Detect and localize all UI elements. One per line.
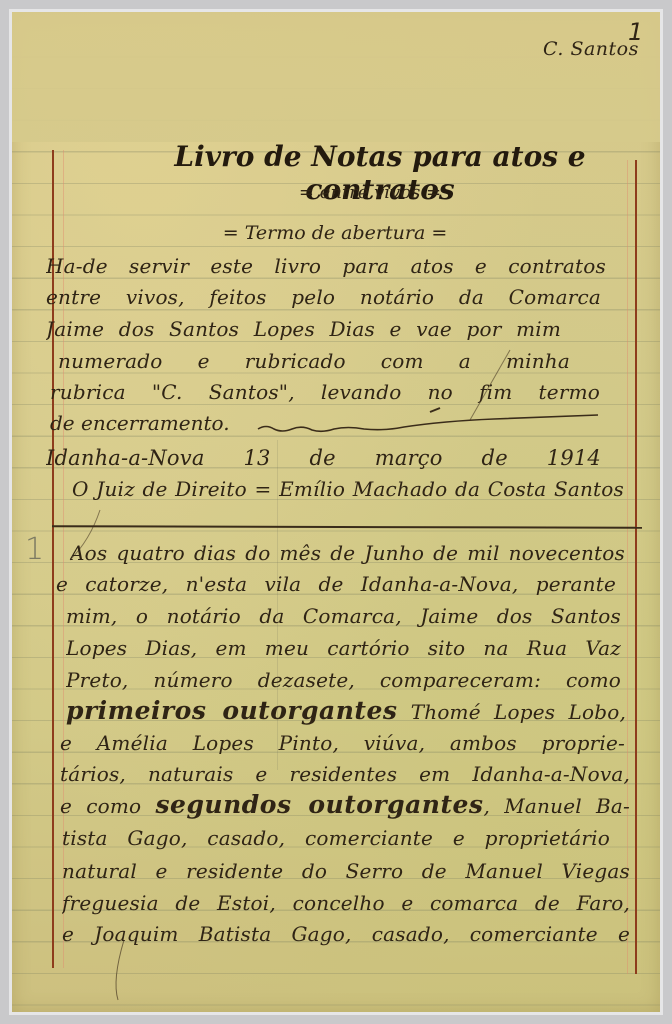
deed-line: e Joaquim Batista Gago, casado, comercia… — [62, 922, 630, 948]
deed-margin-number: 1 — [25, 532, 44, 567]
deed-line: freguesia de Estoi, concelho e comarca d… — [62, 891, 630, 917]
second-grantors-label: segundos outorgantes — [155, 791, 483, 819]
deed-line: tista Gago, casado, comerciante e propri… — [62, 826, 610, 852]
deed-line: mim, o notário da Comarca, Jaime dos San… — [66, 604, 621, 630]
deed-line: Preto, número dezasete, compareceram: co… — [66, 668, 621, 694]
deed-line: Lopes Dias, em meu cartório sito na Rua … — [66, 636, 621, 662]
deed-line: primeiros outorgantes Thomé Lopes Lobo, … — [66, 697, 626, 727]
deed-line: tários, naturais e residentes em Idanha-… — [60, 762, 630, 788]
deed-line: e catorze, n'esta vila de Idanha-a-Nova,… — [56, 572, 616, 598]
deed-line-pre: e como — [60, 794, 155, 818]
deed-line: e Amélia Lopes Pinto, viúva, ambos propr… — [60, 731, 625, 757]
deed-line: Aos quatro dias do mês de Junho de mil n… — [70, 541, 625, 567]
deed-line: e como segundos outorgantes, Manuel Ba- — [60, 791, 630, 821]
first-grantors-label: primeiros outorgantes — [66, 697, 397, 725]
deed-line: natural e residente do Serro de Manuel V… — [62, 859, 630, 885]
deed-line-post: , Manuel Ba- — [483, 794, 630, 818]
